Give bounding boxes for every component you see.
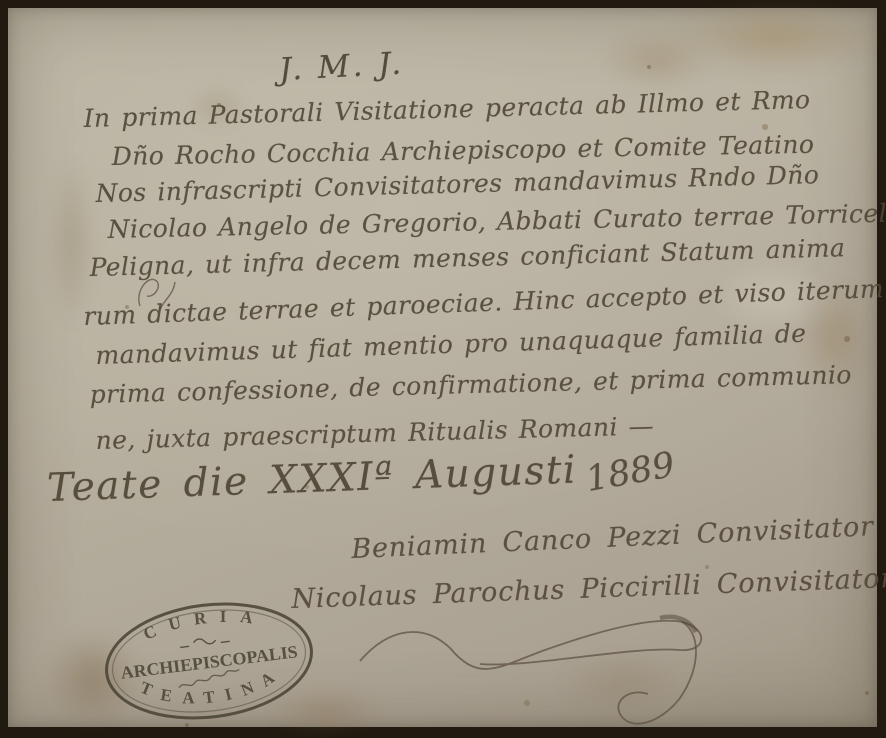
manuscript-line: prima confessione, de confirmatione, et …: [89, 360, 852, 409]
margin-scribble: [132, 270, 180, 318]
curia-stamp: CURIA ARCHIEPISCOPALIS TEATINA: [91, 585, 327, 737]
dateline-place-day: Teate die XXXIª Augusti: [46, 448, 577, 511]
signature-flourish: [330, 606, 750, 738]
signature-pezzi: Beniamin Canco Pezzi Convisitator: [351, 511, 875, 565]
dateline-year: 1889: [583, 445, 678, 500]
manuscript-page: J. M. J. In prima Pastorali Visitatione …: [8, 8, 877, 727]
stamp-ornament-top: [179, 635, 229, 647]
stamp-top-text: CURIA: [139, 601, 269, 644]
photo-border-frame: J. M. J. In prima Pastorali Visitatione …: [0, 0, 886, 738]
invocation-header: J. M. J.: [278, 46, 405, 88]
paper-stain: [600, 28, 712, 90]
manuscript-line: In prima Pastorali Visitatione peracta a…: [83, 85, 811, 133]
paper-specks: [8, 8, 10, 10]
